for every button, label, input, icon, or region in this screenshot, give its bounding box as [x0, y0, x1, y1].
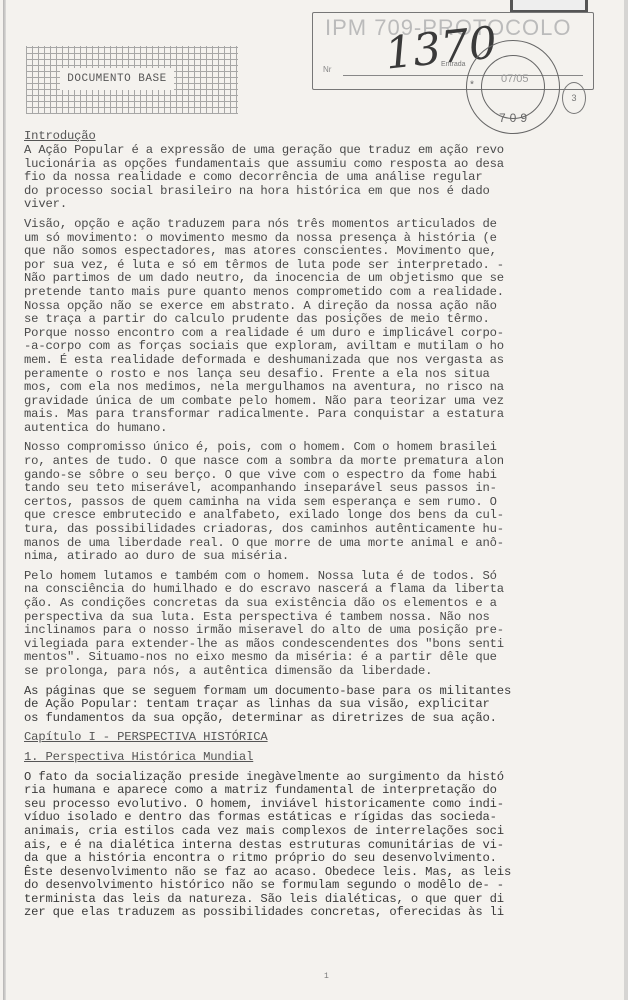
page-left-edge: [3, 0, 6, 1000]
document-title: DOCUMENTO BASE: [60, 68, 174, 90]
small-circle-mark: 3: [562, 82, 586, 114]
document-body: Introdução A Ação Popular é a expressão …: [24, 128, 598, 926]
paragraph-4: Pelo homem lutamos e também com o homem.…: [24, 570, 598, 679]
section-heading: 1. Perspectiva Histórica Mundial: [24, 751, 598, 765]
paragraph-2: Visão, opção e ação traduzem para nós tr…: [24, 218, 598, 436]
round-stamp-inner: [481, 55, 545, 119]
intro-heading: Introdução: [24, 128, 598, 144]
page-number: 1: [324, 972, 329, 981]
round-stamp-date: 07/05: [501, 73, 529, 85]
round-stamp-code: 709: [499, 111, 531, 125]
star-icon: *: [469, 81, 475, 92]
chapter-heading: Capítulo I - PERSPECTIVA HISTÓRICA: [24, 731, 598, 745]
paragraph-3: Nosso compromisso único é, pois, com o h…: [24, 441, 598, 563]
protocol-nr-label: Nr: [323, 65, 331, 74]
round-stamp: * 07/05 709: [466, 40, 560, 134]
paragraph-1: A Ação Popular é a expressão de uma gera…: [24, 144, 598, 212]
paragraph-5: As páginas que se seguem formam um docum…: [24, 685, 598, 726]
section-paragraph: O fato da socialização preside inegàvelm…: [24, 771, 598, 921]
page-right-edge: [624, 0, 628, 1000]
